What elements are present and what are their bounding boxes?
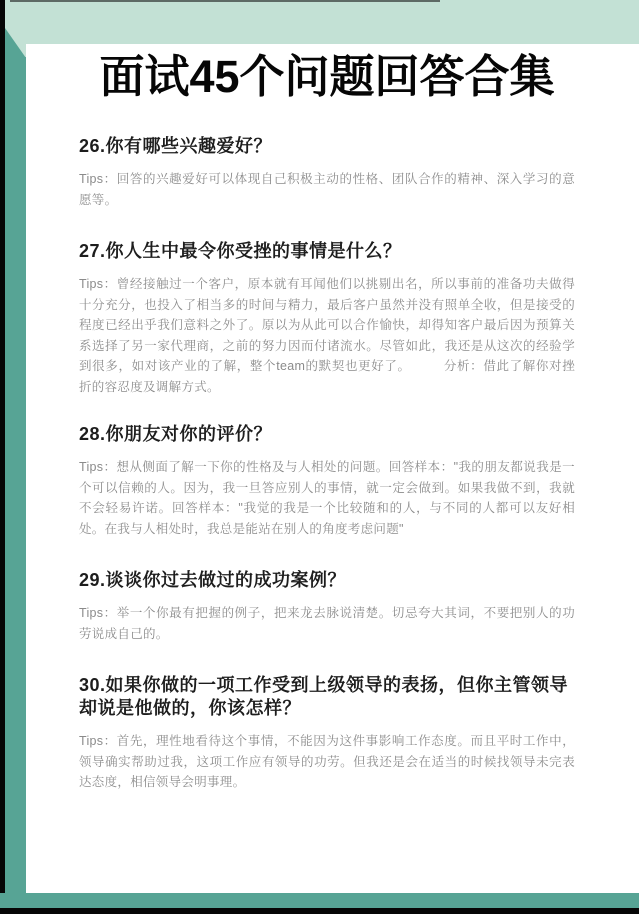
- question-heading: 29.谈谈你过去做过的成功案例？: [79, 569, 575, 592]
- tips-paragraph: Tips：曾经接触过一个客户，原本就有耳闻他们以挑剔出名，所以事前的准备功夫做得…: [79, 274, 575, 397]
- question-section-28: 28.你朋友对你的评价？ Tips：想从侧面了解一下你的性格及与人相处的问题。回…: [79, 423, 575, 539]
- question-section-26: 26.你有哪些兴趣爱好？ Tips：回答的兴趣爱好可以体现自己积极主动的性格、团…: [79, 135, 575, 210]
- tips-paragraph: Tips：举一个你最有把握的例子，把来龙去脉说清楚。切忌夸大其词，不要把别人的功…: [79, 603, 575, 644]
- tips-text: 回答的兴趣爱好可以体现自己积极主动的性格、团队合作的精神、深入学习的意愿等。: [79, 172, 575, 207]
- top-artifact-line: [10, 0, 440, 2]
- tips-text: 曾经接触过一个客户，原本就有耳闻他们以挑剔出名，所以事前的准备功夫做得十分充分，…: [79, 277, 575, 394]
- background-frame: 面试45个问题回答合集 26.你有哪些兴趣爱好？ Tips：回答的兴趣爱好可以体…: [0, 0, 639, 914]
- teal-left-bar: [5, 57, 26, 908]
- mint-top-band: [5, 0, 639, 44]
- tips-text: 举一个你最有把握的例子，把来龙去脉说清楚。切忌夸大其词，不要把别人的功劳说成自己…: [79, 606, 575, 641]
- document-page: 面试45个问题回答合集 26.你有哪些兴趣爱好？ Tips：回答的兴趣爱好可以体…: [26, 44, 639, 893]
- question-heading: 30.如果你做的一项工作受到上级领导的表扬，但你主管领导却说是他做的，你该怎样？: [79, 674, 575, 720]
- tips-text: 首先，理性地看待这个事情，不能因为这件事影响工作态度。而且平时工作中，领导确实帮…: [79, 734, 575, 789]
- question-section-27: 27.你人生中最令你受挫的事情是什么？ Tips：曾经接触过一个客户，原本就有耳…: [79, 240, 575, 397]
- teal-bottom-bar: [0, 893, 639, 908]
- question-section-29: 29.谈谈你过去做过的成功案例？ Tips：举一个你最有把握的例子，把来龙去脉说…: [79, 569, 575, 644]
- tips-paragraph: Tips：首先，理性地看待这个事情，不能因为这件事影响工作态度。而且平时工作中，…: [79, 731, 575, 793]
- question-heading: 27.你人生中最令你受挫的事情是什么？: [79, 240, 575, 263]
- question-heading: 26.你有哪些兴趣爱好？: [79, 135, 575, 158]
- page-title: 面试45个问题回答合集: [79, 52, 575, 102]
- tips-label: Tips：: [79, 277, 117, 291]
- question-section-30: 30.如果你做的一项工作受到上级领导的表扬，但你主管领导却说是他做的，你该怎样？…: [79, 674, 575, 793]
- tips-label: Tips：: [79, 606, 117, 620]
- tips-text: 想从侧面了解一下你的性格及与人相处的问题。回答样本："我的朋友都说我是一个可以信…: [79, 460, 575, 536]
- tips-paragraph: Tips：回答的兴趣爱好可以体现自己积极主动的性格、团队合作的精神、深入学习的意…: [79, 169, 575, 210]
- tips-paragraph: Tips：想从侧面了解一下你的性格及与人相处的问题。回答样本："我的朋友都说我是…: [79, 457, 575, 539]
- tips-label: Tips：: [79, 460, 116, 474]
- tips-label: Tips：: [79, 172, 117, 186]
- question-heading: 28.你朋友对你的评价？: [79, 423, 575, 446]
- tips-label: Tips：: [79, 734, 117, 748]
